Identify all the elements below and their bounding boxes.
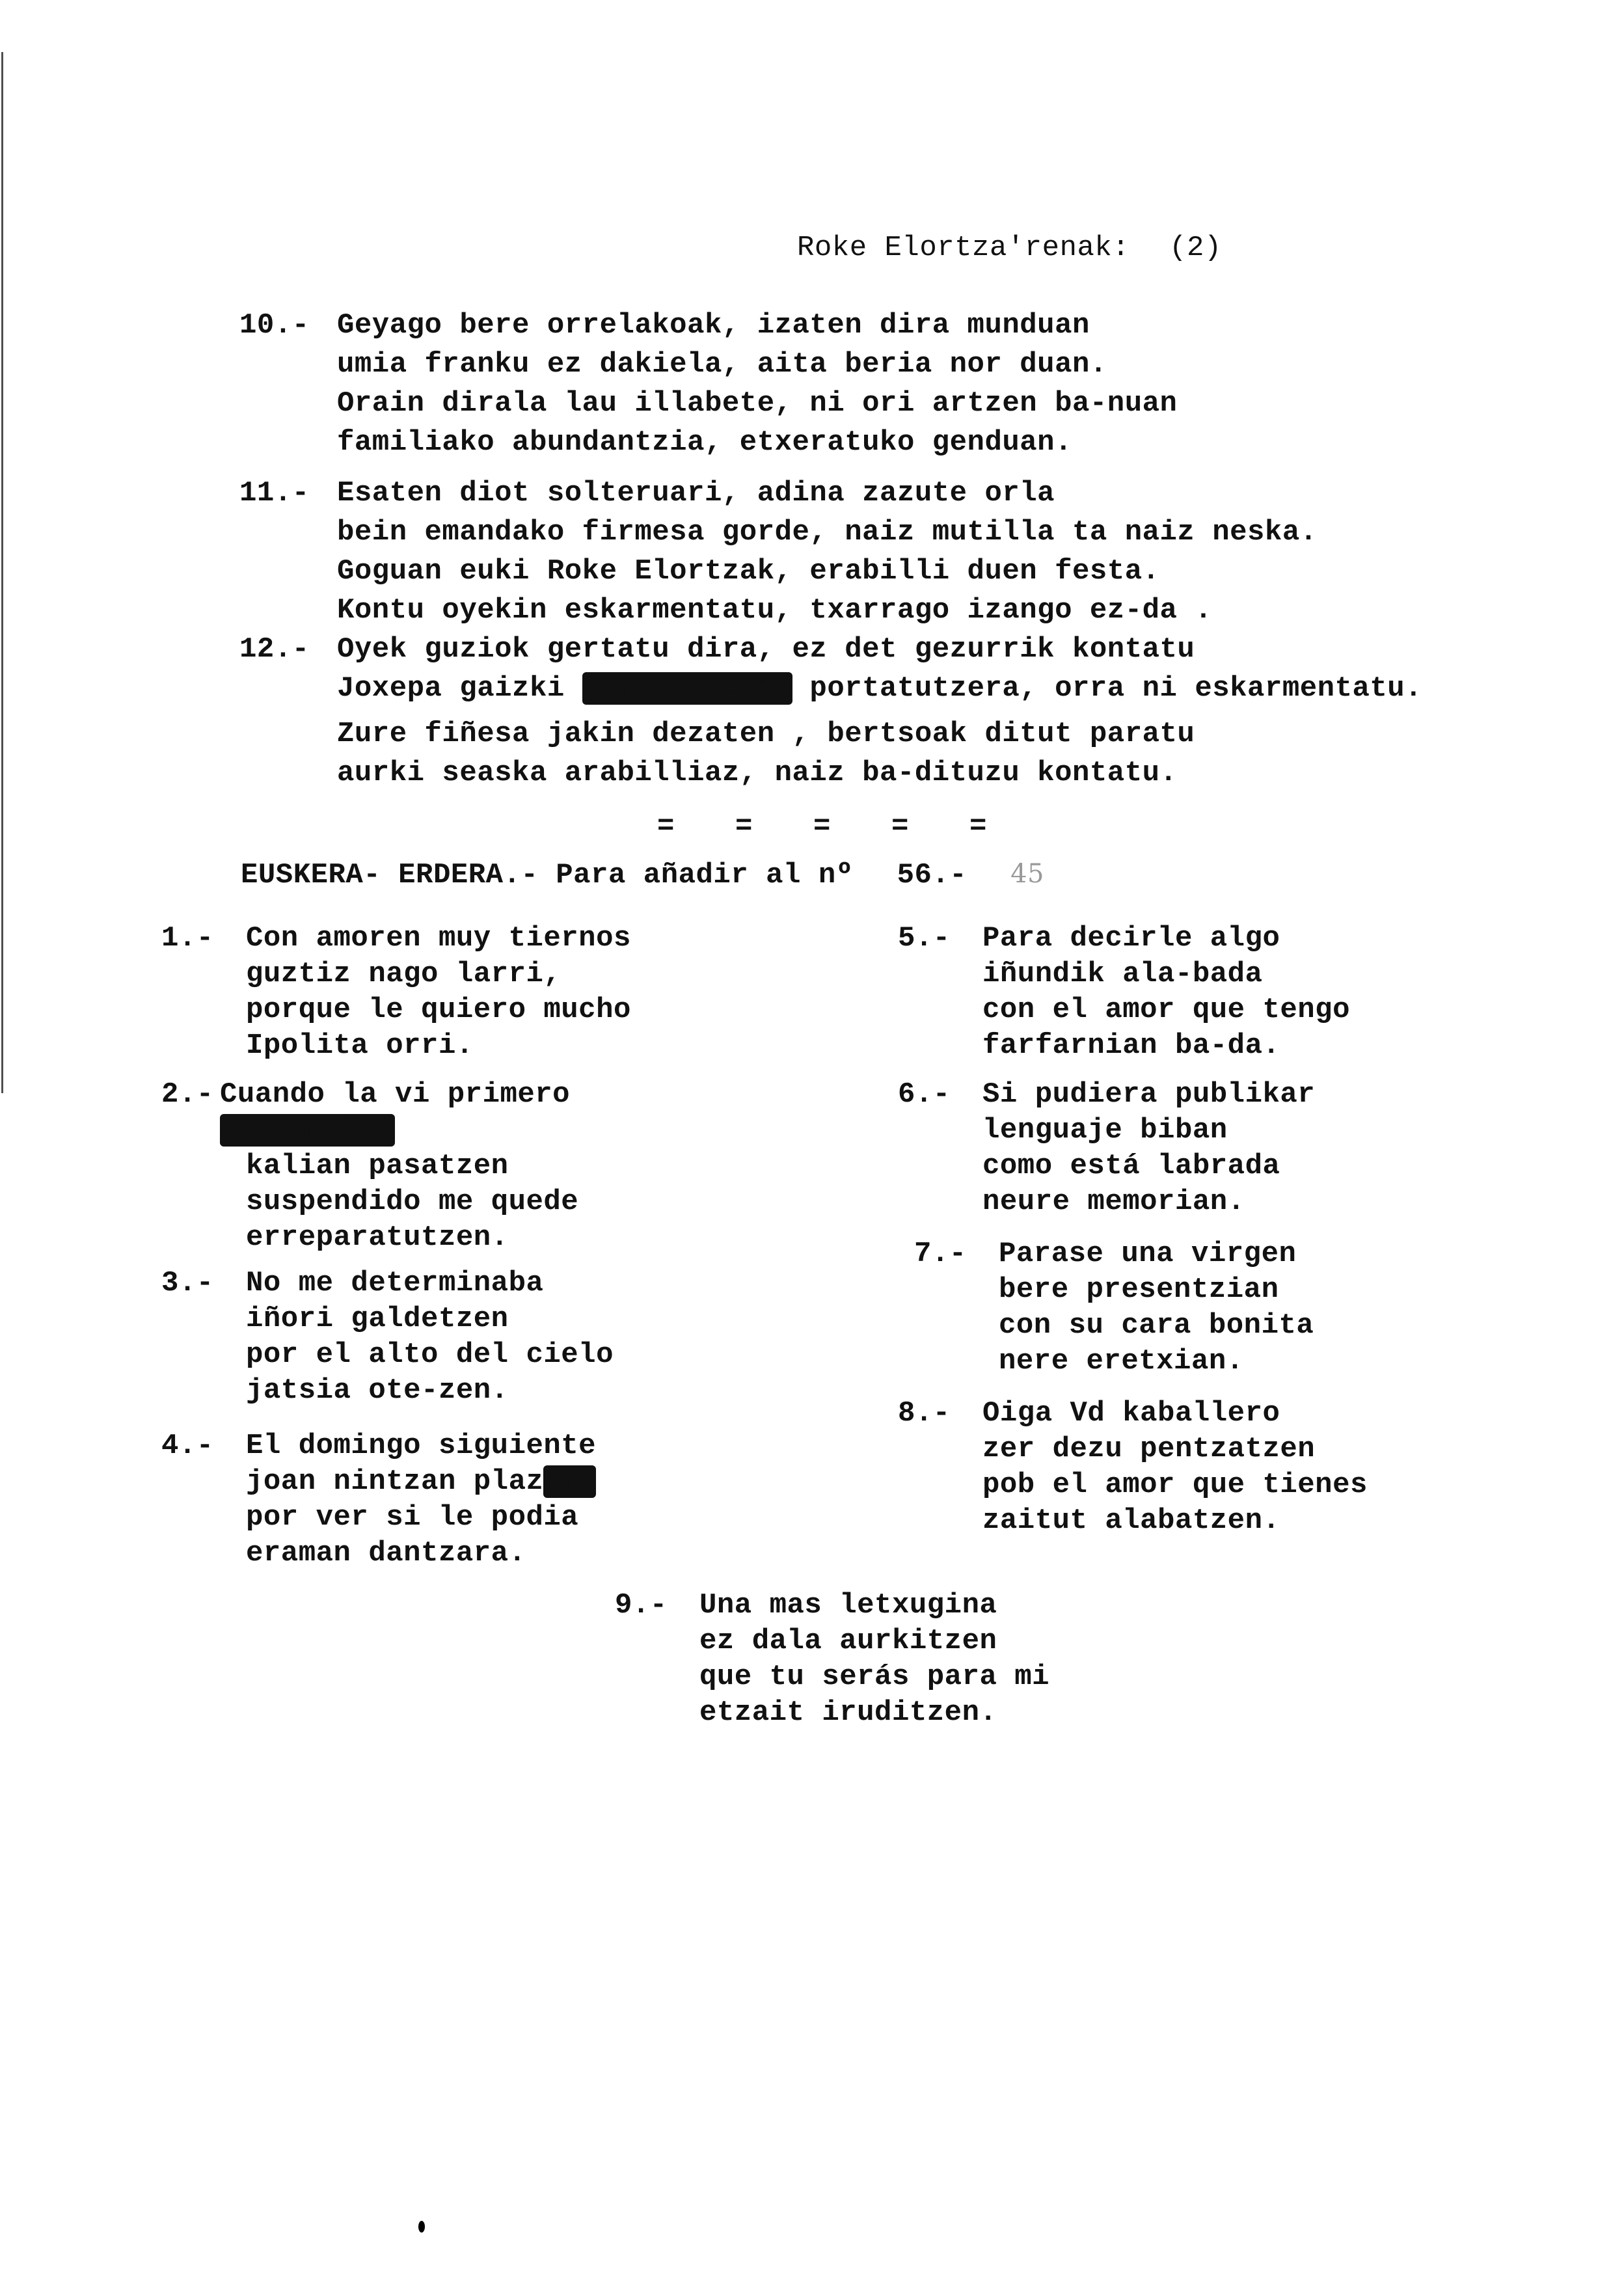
stanza-number: 5.- [898,921,982,957]
verse-line: Joxepa gaizki portatutzera portatutzera,… [239,669,1422,708]
stanza-line: porque le quiero mucho [161,992,631,1028]
stanza-line: El domingo siguiente [246,1430,596,1462]
stanza-9: 9.-Una mas letxugina ez dala aurkitzen q… [615,1588,1049,1731]
verse-line: Zure fiñesa jakin dezaten , bertsoak dit… [239,714,1422,754]
separator-mark: = [969,810,1048,843]
stanza-line: con su cara bonita [914,1308,1314,1344]
stanza-line: por el alto del cielo [161,1337,614,1373]
stanza-line: Si pudiera publikar [982,1078,1315,1111]
struck-out-text: portatutzera [582,672,792,705]
scan-page-edge [1,52,3,1093]
verse-12: 12.-Oyek guziok gertatu dira, ez det gez… [239,630,1422,793]
stanza-1: 1.-Con amoren muy tiernos guztiz nago la… [161,921,631,1064]
verse-line: Goguan euki Roke Elortzak, erabilli duen… [239,552,1318,591]
stanza-line: guztiz nago larri, [161,957,631,992]
stanza-8: 8.-Oiga Vd kaballero zer dezu pentzatzen… [898,1396,1368,1539]
page-number: (2) [1169,232,1222,264]
line-text: portatutzera, orra ni eskarmentatu. [792,672,1423,705]
stanza-number: 6.- [898,1077,982,1113]
stanza-line: No me determinaba [246,1267,543,1299]
stanza-line: que tu serás para mi [615,1659,1049,1695]
verse-line: aurki seaska arabilliaz, naiz ba-dituzu … [239,754,1422,793]
verse-number: 11.- [239,474,337,513]
verse-number: 10.- [239,306,337,345]
stanza-line: nere eretxian. [914,1344,1314,1379]
verse-10: 10.-Geyago bere orrelakoak, izaten dira … [239,306,1177,462]
stanza-number: 7.- [914,1236,999,1272]
struck-out-text: ara [543,1465,596,1498]
stanza-line: ez dala aurkitzen [615,1623,1049,1659]
stanza-number: 4.- [161,1428,246,1464]
ink-dot-mark [418,2221,425,2233]
stanza-line: bere presentzian [914,1272,1314,1308]
pencil-annotation: 45 [1010,859,1044,889]
stanza-line: joan nintzan plazara [161,1464,596,1500]
section-ref-number: 56.- [897,859,968,891]
stanza-line: con el amor que tengo [898,992,1350,1028]
stanza-line: Parase una virgen [999,1238,1296,1270]
stanza-line: Cuando la vi primero [220,1078,570,1111]
separator-mark: = [813,810,891,843]
stanza-line: zer dezu pentzatzen [898,1432,1368,1467]
stanza-line: neure memorian. [898,1184,1315,1220]
stanza-line: Ipolita orri. [161,1028,631,1064]
struck-out-text: suspendido [220,1114,395,1147]
stanza-line: zaitut alabatzen. [898,1503,1368,1539]
header-title: Roke Elortza'renak: [797,232,1130,264]
stanza-5: 5.-Para decirle algo iñundik ala-bada co… [898,921,1350,1064]
separator-mark: = [735,810,813,843]
stanza-number: 9.- [615,1588,699,1623]
stanza-number: 8.- [898,1396,982,1432]
stanza-line: jatsia ote-zen. [161,1373,614,1409]
verse-line: Kontu oyekin eskarmentatu, txarrago izan… [239,591,1318,630]
verse-11: 11.-Esaten diot solteruari, adina zazute… [239,474,1318,630]
stanza-4: 4.-El domingo siguiente joan nintzan pla… [161,1428,596,1571]
verse-line: Esaten diot solteruari, adina zazute orl… [337,477,1055,509]
verse-line: bein emandako firmesa gorde, naiz mutill… [239,513,1318,552]
section-title-text: EUSKERA- ERDERA.- Para añadir al nº [241,859,854,891]
stanza-2: 2.-Cuando la vi primero suspendido kalia… [161,1077,578,1256]
verse-line: Oyek guziok gertatu dira, ez det gezurri… [337,633,1195,666]
stanza-line: pob el amor que tienes [898,1467,1368,1503]
verse-line: Orain dirala lau illabete, ni ori artzen… [239,384,1177,423]
stanza-line: kalian pasatzen [161,1148,578,1184]
line-text: joan nintzan plaz [246,1465,543,1498]
stanza-line: etzait iruditzen. [615,1695,1049,1731]
stanza-number: 3.- [161,1266,246,1301]
stanza-line: iñundik ala-bada [898,957,1350,992]
stanza-number: 1.- [161,921,246,957]
line-text: Joxepa gaizki [337,672,582,705]
stanza-6: 6.-Si pudiera publikar lenguaje biban co… [898,1077,1315,1220]
verse-line: umia franku ez dakiela, aita beria nor d… [239,345,1177,384]
separator-mark: = [657,810,735,843]
stanza-3: 3.-No me determinaba iñori galdetzen por… [161,1266,614,1409]
document-header: Roke Elortza'renak: (2) [797,232,1222,264]
stanza-line: farfarnian ba-da. [898,1028,1350,1064]
stanza-line: iñori galdetzen [161,1301,614,1337]
stanza-line: Oiga Vd kaballero [982,1397,1280,1430]
stanza-line: por ver si le podia [161,1500,596,1536]
stanza-line: suspendido me quede [161,1184,578,1220]
stanza-line: erreparatutzen. [161,1220,578,1256]
verse-line: Geyago bere orrelakoak, izaten dira mund… [337,309,1090,342]
verse-line: familiako abundantzia, etxeratuko gendua… [239,423,1177,462]
stanza-line: Con amoren muy tiernos [246,922,631,955]
verse-number: 12.- [239,630,337,669]
stanza-7: 7.-Parase una virgen bere presentzian co… [914,1236,1314,1379]
separator-mark: = [891,810,969,843]
stanza-line: Para decirle algo [982,922,1280,955]
section-title: EUSKERA- ERDERA.- Para añadir al nº 56.-… [241,859,1044,891]
stanza-number: 2.- [161,1077,220,1113]
stanza-line: eraman dantzara. [161,1536,596,1571]
section-separator: ===== [657,810,1048,843]
stanza-line: como está labrada [898,1148,1315,1184]
stanza-line: Una mas letxugina [699,1589,997,1622]
stanza-line: lenguaje biban [898,1113,1315,1148]
